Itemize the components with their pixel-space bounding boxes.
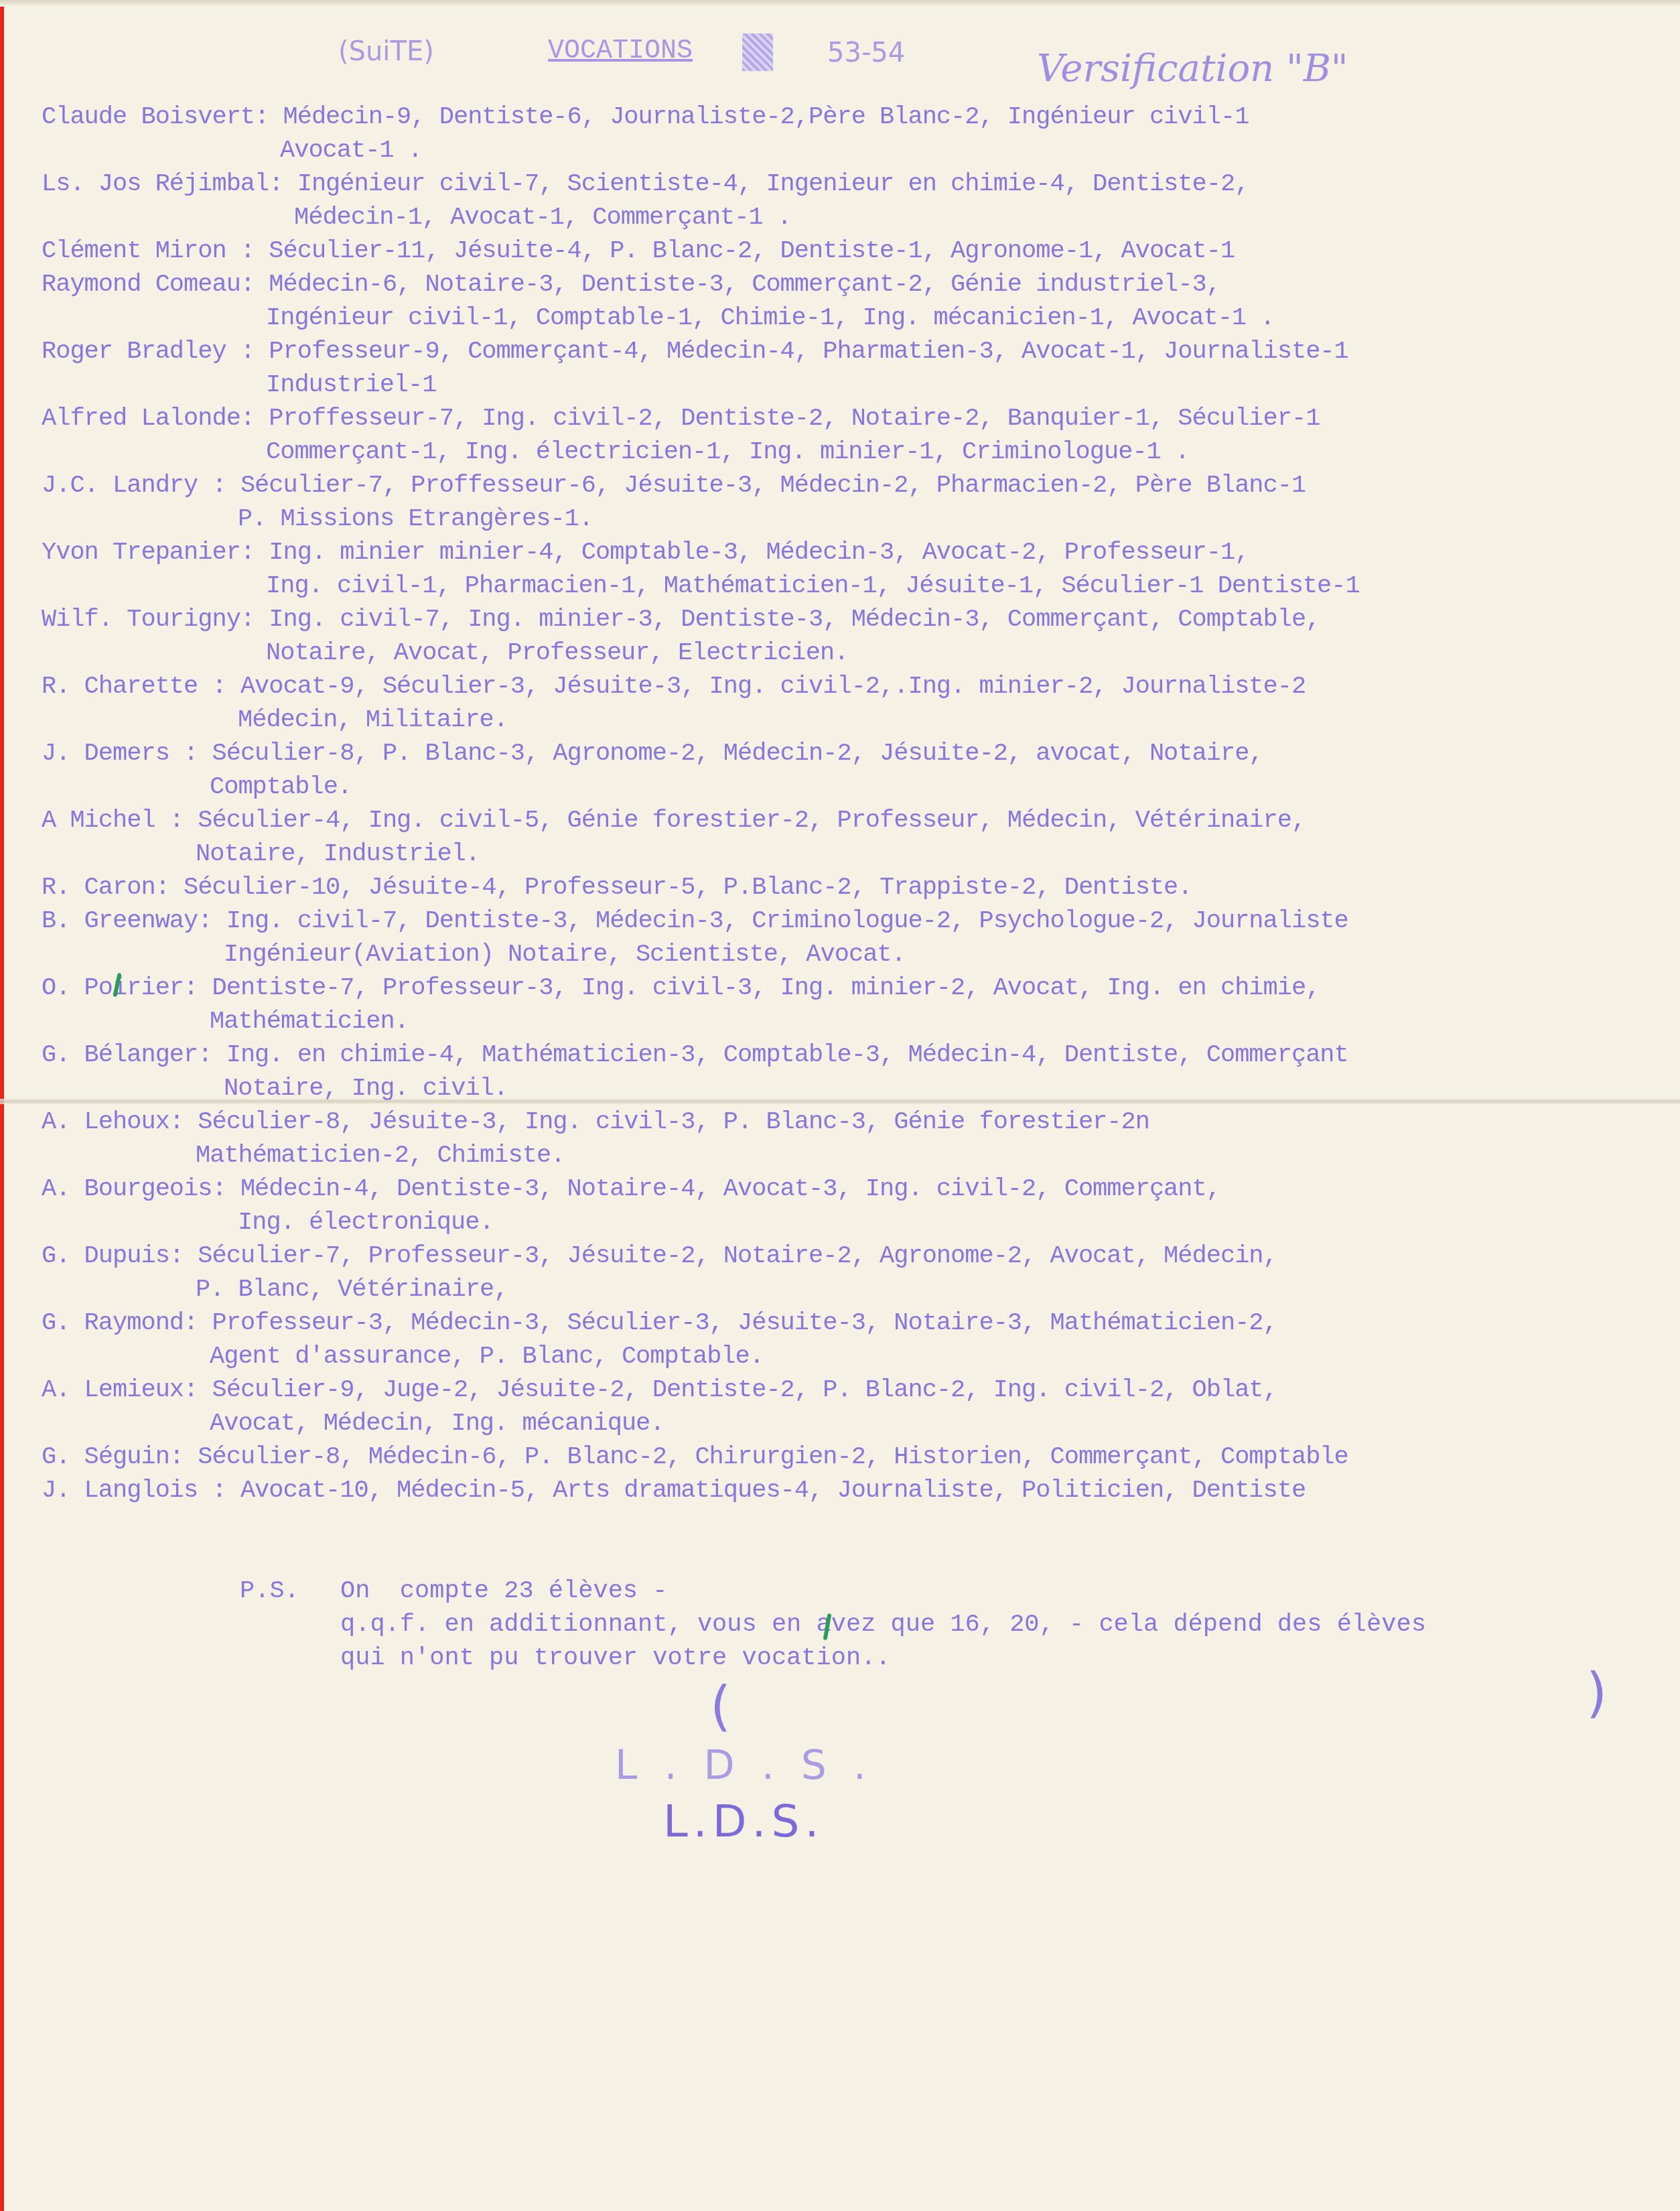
signature-main: L.D.S. (663, 1796, 824, 1847)
scan-top-strip (0, 0, 1680, 7)
student-name: G. Bélanger: (42, 1038, 212, 1072)
student-name: J.C. Landry : (42, 469, 226, 503)
vocation-continuation: Avocat, Médecin, Ing. mécanique. (42, 1407, 1663, 1440)
list-item: Roger Bradley : Professeur-9, Commerçant… (42, 335, 1663, 402)
student-name: J. Demers : (42, 737, 198, 770)
vocation-continuation: Notaire, Avocat, Professeur, Electricien… (42, 636, 1663, 670)
scan-edge (0, 0, 4, 2211)
list-item: J. Langlois : Avocat-10, Médecin-5, Arts… (42, 1474, 1663, 1507)
list-item: Wilf. Tourigny: Ing. civil-7, Ing. minie… (42, 603, 1663, 670)
student-name: G. Raymond: (42, 1306, 198, 1340)
student-name: Alfred Lalonde: (42, 402, 255, 435)
vocation-continuation: Agent d'assurance, P. Blanc, Comptable. (42, 1340, 1663, 1373)
header-year: 53-54 (827, 38, 905, 68)
vocation-continuation: Industriel-1 (42, 368, 1663, 402)
header-title: VOCATIONS (548, 36, 693, 66)
vocation-line: Proffesseur-7, Ing. civil-2, Dentiste-2,… (269, 405, 1320, 433)
student-name: J. Langlois : (42, 1474, 226, 1507)
ps-label: P.S. (240, 1574, 299, 1608)
vocation-line: Séculier-7, Proffesseur-6, Jésuite-3, Mé… (240, 472, 1306, 500)
list-item: Claude Boisvert: Médecin-9, Dentiste-6, … (42, 100, 1663, 167)
list-item: O. Poirier: Dentiste-7, Professeur-3, In… (42, 972, 1663, 1038)
vocation-line: Ing. civil-7, Ing. minier-3, Dentiste-3,… (269, 606, 1320, 634)
vocation-line: Séculier-8, Jésuite-3, Ing. civil-3, P. … (198, 1108, 1149, 1136)
list-item: G. Séguin: Séculier-8, Médecin-6, P. Bla… (42, 1440, 1663, 1474)
postscript: P.S. On compte 23 élèves - q.q.f. en add… (240, 1574, 269, 1742)
vocation-line: Séculier-8, P. Blanc-3, Agronome-2, Méde… (212, 740, 1263, 768)
list-item: G. Bélanger: Ing. en chimie-4, Mathémati… (42, 1038, 1663, 1105)
list-item: A Michel : Séculier-4, Ing. civil-5, Gén… (42, 804, 1663, 871)
student-name: Raymond Comeau: (42, 268, 255, 301)
list-item: B. Greenway: Ing. civil-7, Dentiste-3, M… (42, 904, 1663, 972)
vocation-line: Séculier-4, Ing. civil-5, Génie forestie… (198, 807, 1306, 835)
vocation-line: Séculier-7, Professeur-3, Jésuite-2, Not… (198, 1242, 1277, 1270)
handwritten-note: Versification "B" (1037, 47, 1348, 90)
vocation-line: Médecin-4, Dentiste-3, Notaire-4, Avocat… (240, 1175, 1220, 1203)
ps-line-3: qui n'ont pu trouver votre vocation.. (340, 1641, 891, 1675)
vocation-continuation: Comptable. (42, 770, 1663, 804)
vocation-continuation: Notaire, Ing. civil. (42, 1072, 1663, 1105)
vocation-line: Ing. civil-7, Dentiste-3, Médecin-3, Cri… (226, 907, 1348, 935)
list-item: A. Lehoux: Séculier-8, Jésuite-3, Ing. c… (42, 1105, 1663, 1172)
list-item: Raymond Comeau: Médecin-6, Notaire-3, De… (42, 268, 1663, 335)
vocation-line: Avocat-10, Médecin-5, Arts dramatiques-4… (240, 1477, 1306, 1505)
document-header: (SuiTE) VOCATIONS 53-54 Versification "B… (0, 32, 1680, 86)
student-name: Claude Boisvert: (42, 100, 269, 134)
vocation-line: Séculier-11, Jésuite-4, P. Blanc-2, Dent… (269, 237, 1235, 265)
list-item: Clément Miron : Séculier-11, Jésuite-4, … (42, 234, 1663, 268)
student-name: G. Dupuis: (42, 1239, 184, 1273)
ps-line-1: On compte 23 élèves - (340, 1574, 667, 1608)
student-name: Ls. Jos Réjimbal: (42, 167, 283, 201)
vocation-continuation: Ing. civil-1, Pharmacien-1, Mathématicie… (42, 569, 1663, 603)
vocation-continuation: Ingénieur civil-1, Comptable-1, Chimie-1… (42, 301, 1663, 335)
list-item: R. Charette : Avocat-9, Séculier-3, Jésu… (42, 670, 1663, 737)
student-name: A Michel : (42, 804, 184, 837)
student-name: A. Lemieux: (42, 1373, 198, 1407)
vocation-line: Séculier-10, Jésuite-4, Professeur-5, P.… (184, 874, 1192, 902)
vocation-continuation: Médecin, Militaire. (42, 703, 1663, 737)
vocation-continuation: Mathématicien-2, Chimiste. (42, 1139, 1663, 1172)
vocation-line: Médecin-9, Dentiste-6, Journaliste-2,Pèr… (283, 103, 1249, 131)
vocation-line: Séculier-8, Médecin-6, P. Blanc-2, Chiru… (198, 1443, 1348, 1471)
vocation-continuation: Médecin-1, Avocat-1, Commerçant-1 . (42, 201, 1663, 234)
vocation-continuation: Avocat-1 . (42, 134, 1663, 167)
vocation-continuation: P. Blanc, Vétérinaire, (42, 1273, 1663, 1306)
list-item: R. Caron: Séculier-10, Jésuite-4, Profes… (42, 871, 1663, 904)
vocation-line: Médecin-6, Notaire-3, Dentiste-3, Commer… (269, 271, 1220, 299)
ps-line-2: q.q.f. en additionnant, vous en avez que… (340, 1608, 1426, 1641)
vocation-line: Professeur-3, Médecin-3, Séculier-3, Jés… (212, 1309, 1277, 1337)
vocation-line: Professeur-9, Commerçant-4, Médecin-4, P… (269, 338, 1348, 366)
stamp-icon (742, 33, 773, 71)
student-name: A. Bourgeois: (42, 1172, 226, 1206)
student-name: Yvon Trepanier: (42, 536, 255, 569)
vocation-line: Ingénieur civil-7, Scientiste-4, Ingenie… (297, 170, 1249, 198)
vocation-continuation: Mathématicien. (42, 1005, 1663, 1038)
list-item: J.C. Landry : Séculier-7, Proffesseur-6,… (42, 469, 1663, 536)
vocation-line: Séculier-9, Juge-2, Jésuite-2, Dentiste-… (212, 1376, 1277, 1404)
list-item: Yvon Trepanier: Ing. minier minier-4, Co… (42, 536, 1663, 603)
list-item: A. Lemieux: Séculier-9, Juge-2, Jésuite-… (42, 1373, 1663, 1440)
vocation-continuation: Notaire, Industriel. (42, 837, 1663, 871)
student-name: Roger Bradley : (42, 335, 255, 368)
vocation-continuation: Ing. électronique. (42, 1206, 1663, 1239)
vocation-line: Ing. minier minier-4, Comptable-3, Médec… (269, 539, 1249, 567)
vocation-line: Ing. en chimie-4, Mathématicien-3, Compt… (226, 1041, 1348, 1069)
student-name: Clément Miron : (42, 234, 255, 268)
list-item: A. Bourgeois: Médecin-4, Dentiste-3, Not… (42, 1172, 1663, 1239)
signature-faint: L.D.S. (615, 1742, 893, 1789)
list-item: Ls. Jos Réjimbal: Ingénieur civil-7, Sci… (42, 167, 1663, 234)
list-item: G. Dupuis: Séculier-7, Professeur-3, Jés… (42, 1239, 1663, 1306)
handwritten-paren-open: ( (710, 1675, 731, 1737)
list-item: Alfred Lalonde: Proffesseur-7, Ing. civi… (42, 402, 1663, 469)
student-name: Wilf. Tourigny: (42, 603, 255, 636)
student-name: R. Charette : (42, 670, 226, 703)
student-name: A. Lehoux: (42, 1105, 184, 1139)
handwritten-paren-close: ) (1586, 1662, 1607, 1724)
vocation-line: Avocat-9, Séculier-3, Jésuite-3, Ing. ci… (240, 673, 1306, 701)
student-name: B. Greenway: (42, 904, 212, 938)
list-item: G. Raymond: Professeur-3, Médecin-3, Séc… (42, 1306, 1663, 1373)
vocation-continuation: Ingénieur(Aviation) Notaire, Scientiste,… (42, 938, 1663, 972)
vocation-list: Claude Boisvert: Médecin-9, Dentiste-6, … (42, 100, 1663, 1507)
list-item: J. Demers : Séculier-8, P. Blanc-3, Agro… (42, 737, 1663, 804)
vocation-continuation: Commerçant-1, Ing. électricien-1, Ing. m… (42, 435, 1663, 469)
header-suite: (SuiTE) (338, 36, 434, 67)
student-name: R. Caron: (42, 871, 169, 904)
vocation-line: Dentiste-7, Professeur-3, Ing. civil-3, … (212, 974, 1320, 1002)
student-name: G. Séguin: (42, 1440, 184, 1474)
vocation-continuation: P. Missions Etrangères-1. (42, 503, 1663, 536)
